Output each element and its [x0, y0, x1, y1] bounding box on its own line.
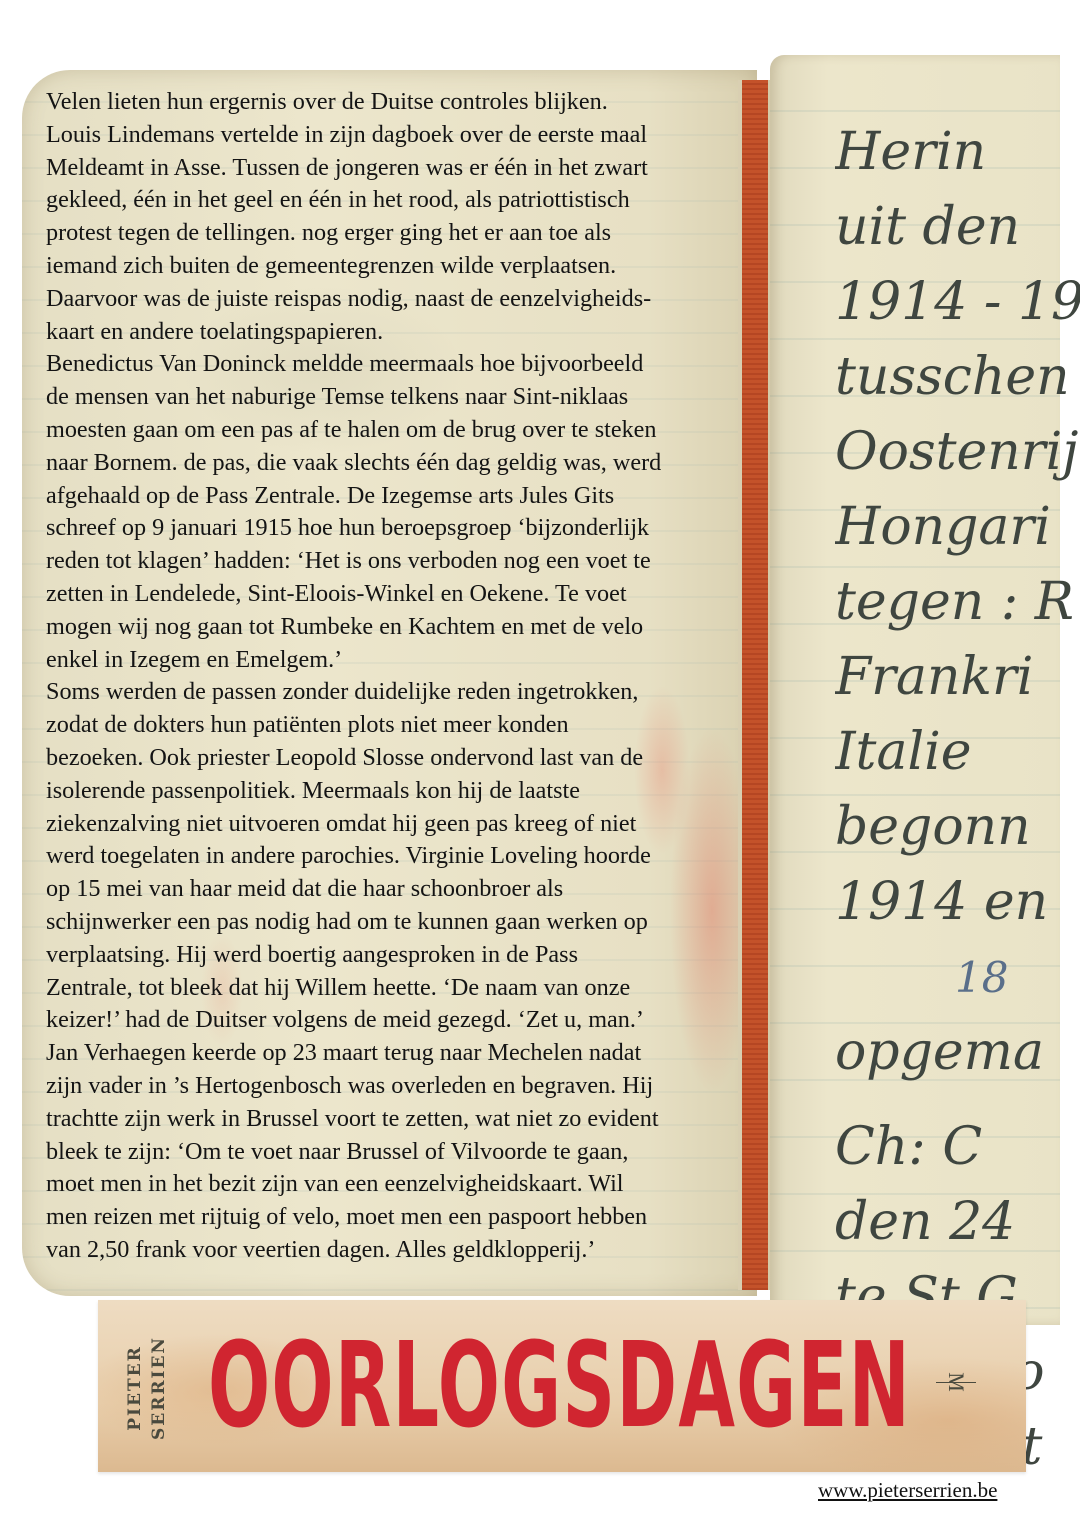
text-line: protest tegen de tellingen. nog erger gi…: [46, 217, 736, 250]
handwritten-diary-text: Herin uit den 1914 - 19 tusschen Oostenr…: [835, 115, 1080, 1485]
text-line: bezoeken. Ook priester Leopold Slosse on…: [46, 742, 736, 775]
text-line: isolerende passenpolitiek. Meermaals kon…: [46, 775, 736, 808]
text-line: werd toegelaten in andere parochies. Vir…: [46, 840, 736, 873]
text-line: afgehaald op de Pass Zentrale. De Izegem…: [46, 480, 736, 513]
handwriting-line: Frankri: [835, 640, 1080, 715]
text-line: mogen wij nog gaan tot Rumbeke en Kachte…: [46, 611, 736, 644]
handwriting-line: Hongari: [835, 490, 1080, 565]
publisher-logo-letter: M: [943, 1372, 969, 1392]
handwriting-line: Italie: [835, 715, 1080, 790]
text-line: Soms werden de passen zonder duidelijke …: [46, 676, 736, 709]
text-line: moet men in het bezit zijn van een eenze…: [46, 1168, 736, 1201]
handwriting-spacer: [835, 1090, 1080, 1110]
text-line: moesten gaan om een pas af te halen om d…: [46, 414, 736, 447]
handwriting-line: tusschen: [835, 340, 1080, 415]
handwriting-line: opgema: [835, 1015, 1080, 1090]
publisher-logo-icon: M: [936, 1372, 976, 1392]
text-line: van 2,50 frank voor veertien dagen. Alle…: [46, 1234, 736, 1267]
text-line: de mensen van het naburige Temse telkens…: [46, 381, 736, 414]
handwriting-line: Oostenrij: [835, 415, 1080, 490]
website-link[interactable]: www.pieterserrien.be: [818, 1478, 997, 1503]
text-line: keizer!’ had de Duitser volgens de meid …: [46, 1004, 736, 1037]
text-line: Jan Verhaegen keerde op 23 maart terug n…: [46, 1037, 736, 1070]
text-line: Louis Lindemans vertelde in zijn dagboek…: [46, 119, 736, 152]
text-line: trachtte zijn werk in Brussel voort te z…: [46, 1103, 736, 1136]
text-line: Velen lieten hun ergernis over de Duitse…: [46, 86, 736, 119]
text-line: ziekenzalving niet uitvoeren omdat hij g…: [46, 808, 736, 841]
handwriting-line: 1914 en: [835, 865, 1080, 940]
text-line: schreef op 9 januari 1915 hoe hun beroep…: [46, 512, 736, 545]
text-line: reden tot klagen’ hadden: ‘Het is ons ve…: [46, 545, 736, 578]
text-line: zetten in Lendelede, Sint-Eloois-Winkel …: [46, 578, 736, 611]
text-line: gekleed, één in het geel en één in het r…: [46, 184, 736, 217]
text-line: zijn vader in ’s Hertogenbosch was overl…: [46, 1070, 736, 1103]
handwriting-line: 18: [835, 940, 1080, 1015]
text-line: verplaatsing. Hij werd boertig aangespro…: [46, 939, 736, 972]
handwriting-line: tegen : R: [835, 565, 1080, 640]
notebook-spine: [738, 80, 774, 1290]
handwriting-line: Ch: C: [835, 1110, 1080, 1185]
handwriting-line: 1914 - 19: [835, 265, 1080, 340]
text-line: schijnwerker een pas nodig had om te kun…: [46, 906, 736, 939]
author-name-text: PIETER SERRIEN: [123, 1336, 171, 1440]
handwriting-line: Herin: [835, 115, 1080, 190]
text-line: enkel in Izegem en Emelgem.’: [46, 644, 736, 677]
article-text: Velen lieten hun ergernis over de Duitse…: [46, 86, 736, 1267]
text-line: Daarvoor was de juiste reispas nodig, na…: [46, 283, 736, 316]
author-name: PIETER SERRIEN: [112, 1320, 182, 1455]
author-last-name: SERRIEN: [147, 1336, 171, 1440]
text-line: kaart en andere toelatingspapieren.: [46, 316, 736, 349]
text-line: op 15 mei van haar meid dat die haar sch…: [46, 873, 736, 906]
text-line: Meldeamt in Asse. Tussen de jongeren was…: [46, 152, 736, 185]
text-line: iemand zich buiten de gemeentegrenzen wi…: [46, 250, 736, 283]
text-line: Zentrale, tot bleek dat hij Willem heett…: [46, 972, 736, 1005]
text-line: Benedictus Van Doninck meldde meermaals …: [46, 348, 736, 381]
text-line: bleek te zijn: ‘Om te voet naar Brussel …: [46, 1136, 736, 1169]
handwriting-line: uit den: [835, 190, 1080, 265]
handwriting-line: den 24: [835, 1185, 1080, 1260]
book-title: OORLOGSDAGEN: [208, 1320, 648, 1450]
book-title-banner: PIETER SERRIEN OORLOGSDAGEN M: [98, 1300, 1026, 1472]
handwriting-line: begonn: [835, 790, 1080, 865]
text-line: zodat de dokters hun patiënten plots nie…: [46, 709, 736, 742]
text-line: men reizen met rijtuig of velo, moet men…: [46, 1201, 736, 1234]
author-first-name: PIETER: [123, 1336, 147, 1440]
text-line: naar Bornem. de pas, die vaak slechts éé…: [46, 447, 736, 480]
